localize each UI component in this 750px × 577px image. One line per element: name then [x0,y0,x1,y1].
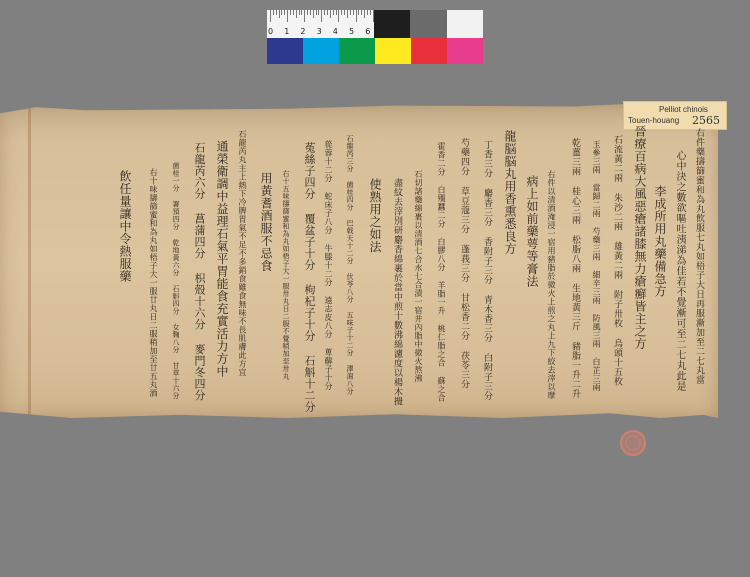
color-patch [447,38,483,64]
ruler-tick [353,10,354,15]
manuscript-column: 芍藥四分 草豆蔻三分 蓬莪三分 甘松香二分 茯苓三分 [458,138,469,389]
color-patch [303,38,339,64]
manuscript-column: 丁香三分 麝香三分 香附子三分 青木香三分 白附子三分 [481,140,492,401]
ruler-tick [333,10,334,15]
manuscript-column: 右十五味擣篩蜜和為丸如梧子大一服卅丸日二服不覺稍加至卅丸 [281,170,290,380]
manuscript-column: 乾薑三兩 桂心三兩 松脂八兩 生地黃三斤 豬脂一升二升 [569,138,580,399]
color-calibration-chart: 0123456 [267,10,483,64]
manuscript-column: 右十味擣篩蜜和為丸如梧子大一服廿丸日二服稍加至廿五丸酒 [148,168,158,398]
ruler-tick [324,10,325,15]
ruler-tick [330,10,331,18]
manuscript-column: 石龍芮六分 菖蒲四分 枳殼十六分 麥門冬四分 [193,142,206,401]
manuscript-column: 石流黃二兩 朱沙二兩 雄黃二兩 附子卅枚 烏頭十五枚 [611,135,622,386]
ruler-number: 5 [349,27,354,36]
ruler-number: 3 [317,27,322,36]
ruler-tick [336,10,337,15]
ruler-tick [364,10,365,18]
ruler-tick [358,10,359,15]
ruler-tick [290,10,291,15]
manuscript-column: 菟絲子四分 覆盆子十分 枸杞子十分 石斛十二分 [303,142,316,413]
manuscript-column: 心中決之數欲嘔吐洟涕為佳若不覺漸可至二七丸此是 [673,150,685,392]
ruler-number: 4 [333,27,338,36]
library-seal-icon [618,428,648,458]
color-patch [447,10,483,38]
ruler-tick [356,10,357,22]
ruler-tick [310,10,311,15]
manuscript-column: 使熟用之如法 [368,178,382,253]
ruler-number: 2 [300,27,305,36]
manuscript-column: 右件藥擣篩蜜和為丸飲服七丸如梧子大日再服漸加至二七丸當 [693,128,704,385]
site-name: Touen-houang [628,116,679,125]
ruler-tick [287,10,288,22]
manuscript-column: 龍脳脳丸用香熏悉良方 [503,130,517,255]
ruler-number: 6 [365,27,370,36]
ruler-tick [281,10,282,15]
ruler-number: 0 [268,27,273,36]
color-patch [375,38,411,64]
ruler-tick [338,10,339,22]
manuscript-column: 晉療百病大風惡瘡諸膝無力瘡癬皆主之方 [633,125,647,350]
ruler-tick [361,10,362,15]
ruler-tick [327,10,328,15]
ruler-tick [313,10,314,18]
manuscript-column: 李成所用丸藥備急方 [653,185,667,298]
ruler-tick [273,10,274,15]
ruler-tick [270,10,271,22]
ruler-tick [293,10,294,15]
ruler-tick [307,10,308,15]
measurement-ruler: 0123456 [267,10,374,38]
manuscript-column: 霍香二分 白殭蠶二分 白膠八分 羊脂一升 桃仁脂之合 蘇之合 [436,142,446,402]
color-patch [410,10,446,38]
manuscript-column: 通榮衛調中益理石氣平胃能食充實活力方中 [215,140,229,378]
color-patch [267,38,303,64]
manuscript-column: 用黃耆酒服不忌食 [259,172,273,272]
color-patch [411,38,447,64]
manuscript-column: 玉參三兩 當歸二兩 芍藥三兩 細辛三兩 防風三兩 白芷三兩 [591,140,601,392]
ruler-tick [276,10,277,15]
manuscript-column: 右件以清酒淹浸一宿用豬脂於微火上煎之丸上九下絞去滓以摩 [546,170,556,400]
manuscript-column: 病上如前藥萼等膏法 [525,175,539,288]
ruler-tick [350,10,351,15]
ruler-number: 1 [284,27,289,36]
collection-name: Pelliot chinois [659,105,708,114]
ruler-tick [347,10,348,18]
ruler-tick [370,10,371,15]
ruler-tick [344,10,345,15]
ruler-tick [284,10,285,15]
ruler-tick [279,10,280,18]
manuscript-column: 飲任量讓中令熱服藥 [118,170,132,283]
ruler-tick [299,10,300,15]
manuscript-column: 盡紋去滓別研麝香綿裹於當中煎十數沸綿濾度以楊木攪 [391,178,402,406]
ruler-tick [341,10,342,15]
ruler-tick [301,10,302,15]
color-patch [374,10,410,38]
manuscript-column: 石龍芮三分 菌桂四分 巴戟天十二分 伏苓八分 五味子十二分 澤瀉八分 [345,135,354,395]
ruler-tick [316,10,317,15]
color-patch [339,38,375,64]
ruler-tick [321,10,322,22]
manuscript-column: 石切諸藥綿裹以清酒七合水七合漬一宿并內脂中微火熬沸 [413,170,423,383]
manuscript-column: 石龍芮丸主上熱下冷脾胃氣不足不多銷食雖食無味不長肌膚此方宜 [237,130,247,377]
ruler-tick [367,10,368,15]
manuscript-column: 蓯蓉十二分 蛇床子八分 牛膝十二分 遠志皮八分 萆薢子十分 [323,140,333,391]
catalog-number: 2565 [692,114,720,127]
ruler-tick [318,10,319,15]
manuscript-column: 菌桂一分 署預四分 乾地黃六分 石斛四分 女麴八分 甘草十六分 [171,162,180,400]
ruler-tick [304,10,305,22]
ruler-tick [296,10,297,18]
